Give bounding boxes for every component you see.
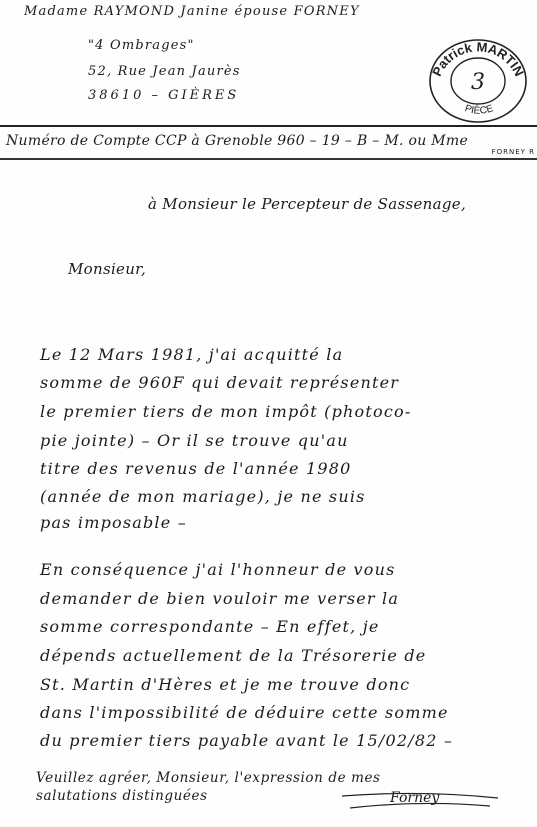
sender-city: 38610 – GIÈRES bbox=[88, 88, 239, 103]
paragraph-line: pie jointe) – Or il se trouve qu'au bbox=[40, 431, 349, 450]
closing-line-1: Veuillez agréer, Monsieur, l'expression … bbox=[36, 770, 381, 786]
account-number-line: Numéro de Compte CCP à Grenoble 960 – 19… bbox=[6, 133, 468, 149]
patrick-martin-piece-stamp: Patrick MARTIN PIÈCE 3 bbox=[425, 35, 531, 123]
sender-street: 52, Rue Jean Jaurès bbox=[88, 64, 241, 79]
paragraph-line: somme de 960F qui devait représenter bbox=[40, 373, 399, 392]
paragraph-line: En conséquence j'ai l'honneur de vous bbox=[40, 560, 396, 579]
paragraph-line: somme correspondante – En effet, je bbox=[40, 617, 380, 636]
paragraph-line: dépends actuellement de la Trésorerie de bbox=[40, 646, 426, 665]
sender-name: Madame RAYMOND Janine épouse FORNEY bbox=[24, 4, 360, 19]
paragraph-line: St. Martin d'Hères et je me trouve donc bbox=[40, 675, 410, 694]
scanned-letter-page: Madame RAYMOND Janine épouse FORNEY "4 O… bbox=[0, 0, 537, 827]
paragraph-line: (année de mon mariage), je ne suis bbox=[40, 487, 366, 506]
signature: Forney bbox=[390, 790, 439, 806]
salutation: Monsieur, bbox=[68, 260, 146, 278]
account-holder-subscript: FORNEY R bbox=[492, 148, 535, 156]
paragraph-line: pas imposable – bbox=[40, 513, 187, 532]
paragraph-line: Le 12 Mars 1981, j'ai acquitté la bbox=[40, 345, 343, 364]
divider-top bbox=[0, 125, 537, 127]
addressee: à Monsieur le Percepteur de Sassenage, bbox=[148, 195, 466, 213]
paragraph-line: demander de bien vouloir me verser la bbox=[40, 589, 399, 608]
stamp-center-number: 3 bbox=[471, 70, 485, 95]
paragraph-line: titre des revenus de l'année 1980 bbox=[40, 459, 352, 478]
closing-line-2: salutations distinguées bbox=[36, 788, 208, 804]
stamp-bottom-text: PIÈCE bbox=[463, 103, 495, 117]
paragraph-line: le premier tiers de mon impôt (photoco- bbox=[40, 402, 411, 421]
paragraph-line: du premier tiers payable avant le 15/02/… bbox=[40, 731, 453, 750]
divider-bottom bbox=[0, 158, 537, 160]
svg-text:PIÈCE: PIÈCE bbox=[463, 103, 495, 117]
paragraph-line: dans l'impossibilité de déduire cette so… bbox=[40, 703, 449, 722]
sender-house-name: "4 Ombrages" bbox=[88, 38, 195, 53]
